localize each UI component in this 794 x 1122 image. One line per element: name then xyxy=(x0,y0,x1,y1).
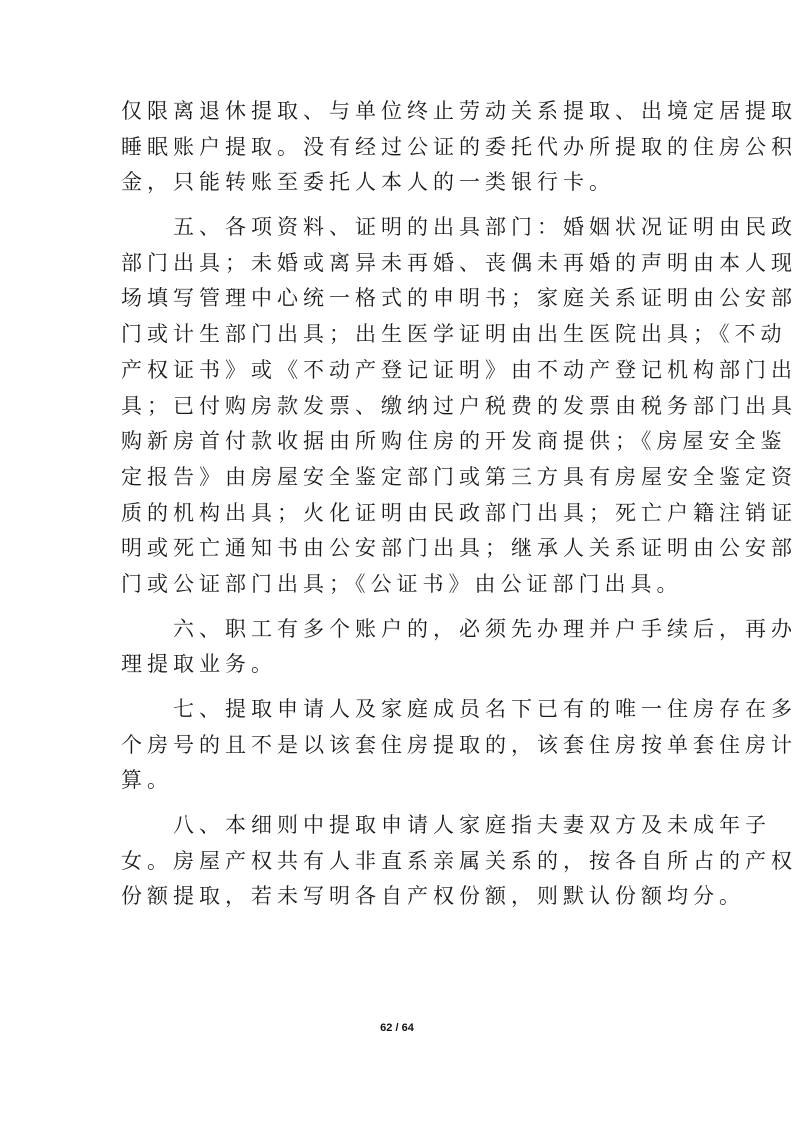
text-line: 仅限离退休提取、与单位终止劳动关系提取、出境定居提取、 xyxy=(121,94,681,130)
document-body: 仅限离退休提取、与单位终止劳动关系提取、出境定居提取、 睡眠账户提取。没有经过公… xyxy=(121,94,681,915)
text-line: 份额提取，若未写明各自产权份额，则默认份额均分。 xyxy=(121,879,681,915)
text-line: 场填写管理中心统一格式的申明书；家庭关系证明由公安部 xyxy=(121,281,681,317)
text-line: 六、职工有多个账户的，必须先办理并户手续后，再办 xyxy=(121,612,681,648)
text-line: 门或公证部门出具；《公证书》由公证部门出具。 xyxy=(121,567,681,603)
text-line: 算。 xyxy=(121,763,681,799)
text-line: 质的机构出具；火化证明由民政部门出具；死亡户籍注销证 xyxy=(121,496,681,532)
text-line: 八、本细则中提取申请人家庭指夫妻双方及未成年子 xyxy=(121,808,681,844)
page-number: 62 / 64 xyxy=(0,1022,794,1034)
text-line: 产权证书》或《不动产登记证明》由不动产登记机构部门出 xyxy=(121,353,681,389)
document-page: 仅限离退休提取、与单位终止劳动关系提取、出境定居提取、 睡眠账户提取。没有经过公… xyxy=(0,0,794,1122)
text-line: 理提取业务。 xyxy=(121,647,681,683)
text-line: 定报告》由房屋安全鉴定部门或第三方具有房屋安全鉴定资 xyxy=(121,460,681,496)
paragraph-item-6: 六、职工有多个账户的，必须先办理并户手续后，再办 理提取业务。 xyxy=(121,612,681,683)
text-line: 具；已付购房款发票、缴纳过户税费的发票由税务部门出具； xyxy=(121,389,681,425)
text-line: 明或死亡通知书由公安部门出具；继承人关系证明由公安部 xyxy=(121,531,681,567)
paragraph-item-8: 八、本细则中提取申请人家庭指夫妻双方及未成年子 女。房屋产权共有人非直系亲属关系… xyxy=(121,808,681,915)
text-line: 金，只能转账至委托人本人的一类银行卡。 xyxy=(121,165,681,201)
text-line: 部门出具；未婚或离异未再婚、丧偶未再婚的声明由本人现 xyxy=(121,246,681,282)
text-line: 七、提取申请人及家庭成员名下已有的唯一住房存在多 xyxy=(121,692,681,728)
paragraph-item-5: 五、各项资料、证明的出具部门：婚姻状况证明由民政 部门出具；未婚或离异未再婚、丧… xyxy=(121,210,681,603)
text-line: 睡眠账户提取。没有经过公证的委托代办所提取的住房公积 xyxy=(121,130,681,166)
text-line: 个房号的且不是以该套住房提取的，该套住房按单套住房计 xyxy=(121,728,681,764)
paragraph-item-7: 七、提取申请人及家庭成员名下已有的唯一住房存在多 个房号的且不是以该套住房提取的… xyxy=(121,692,681,799)
text-line: 女。房屋产权共有人非直系亲属关系的，按各自所占的产权 xyxy=(121,844,681,880)
paragraph-continued: 仅限离退休提取、与单位终止劳动关系提取、出境定居提取、 睡眠账户提取。没有经过公… xyxy=(121,94,681,201)
text-line: 购新房首付款收据由所购住房的开发商提供；《房屋安全鉴 xyxy=(121,424,681,460)
text-line: 五、各项资料、证明的出具部门：婚姻状况证明由民政 xyxy=(121,210,681,246)
text-line: 门或计生部门出具；出生医学证明由出生医院出具；《不动 xyxy=(121,317,681,353)
